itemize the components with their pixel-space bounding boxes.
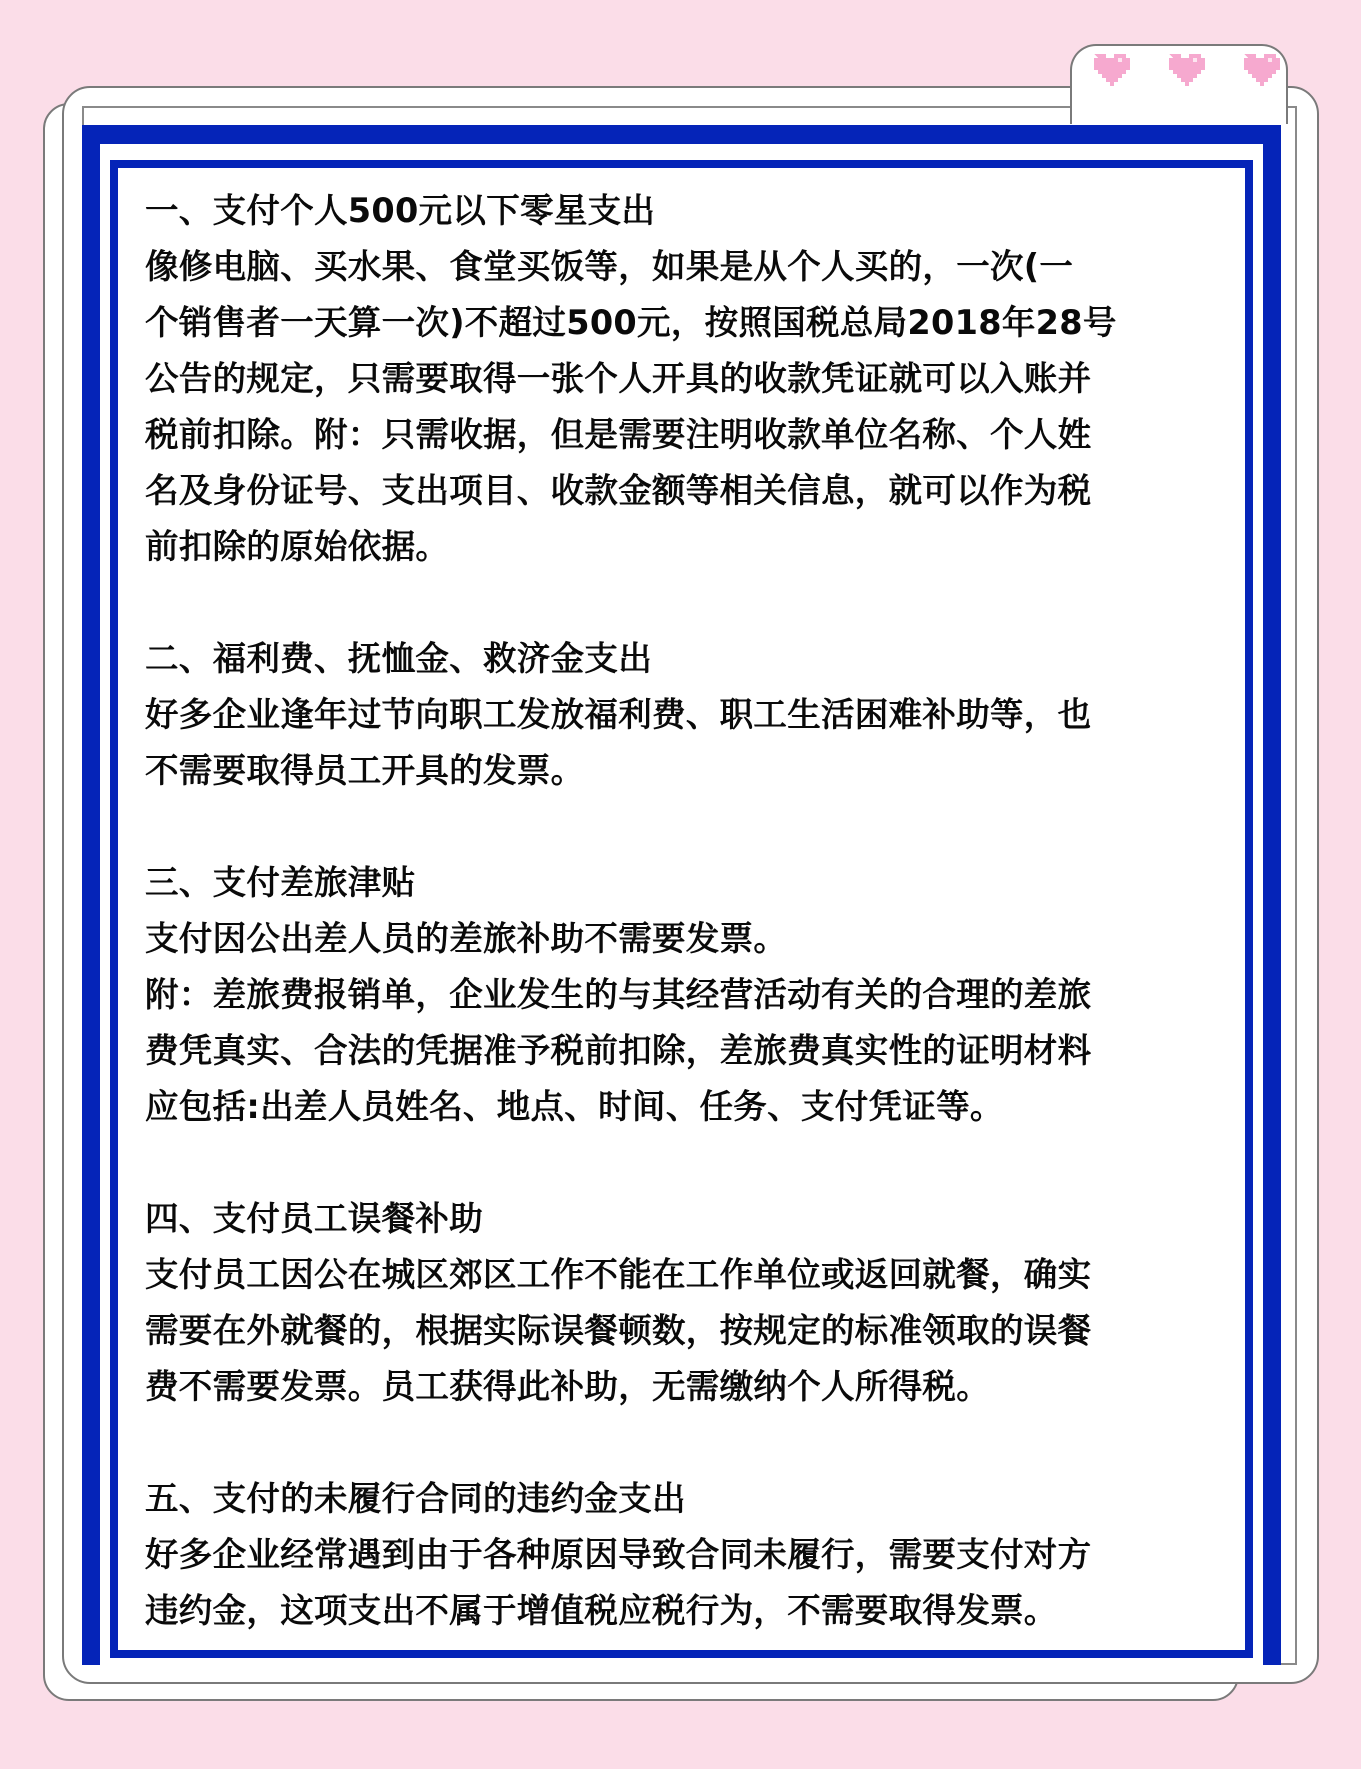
section-3: 三、支付差旅津贴 支付因公出差人员的差旅补助不需要发票。 附：差旅费报销单，企业… xyxy=(145,855,1235,1135)
heart-icon xyxy=(1090,50,1130,86)
section-line: 费不需要发票。员工获得此补助，无需缴纳个人所得税。 xyxy=(145,1359,1235,1415)
section-title: 三、支付差旅津贴 xyxy=(145,855,1235,911)
section-title: 五、支付的未履行合同的违约金支出 xyxy=(145,1471,1235,1527)
section-line: 违约金，这项支出不属于增值税应税行为，不需要取得发票。 xyxy=(145,1583,1235,1639)
heart-icon xyxy=(1240,50,1280,86)
section-line: 支付员工因公在城区郊区工作不能在工作单位或返回就餐，确实 xyxy=(145,1247,1235,1303)
heart-icon xyxy=(1165,50,1205,86)
section-line: 不需要取得员工开具的发票。 xyxy=(145,743,1235,799)
section-line: 支付因公出差人员的差旅补助不需要发票。 xyxy=(145,911,1235,967)
section-line: 费凭真实、合法的凭据准予税前扣除，差旅费真实性的证明材料 xyxy=(145,1023,1235,1079)
section-5: 五、支付的未履行合同的违约金支出 好多企业经常遇到由于各种原因导致合同未履行，需… xyxy=(145,1471,1235,1639)
section-line: 名及身份证号、支出项目、收款金额等相关信息，就可以作为税 xyxy=(145,463,1235,519)
section-line: 好多企业逢年过节向职工发放福利费、职工生活困难补助等，也 xyxy=(145,687,1235,743)
section-line: 公告的规定，只需要取得一张个人开具的收款凭证就可以入账并 xyxy=(145,351,1235,407)
section-line: 好多企业经常遇到由于各种原因导致合同未履行，需要支付对方 xyxy=(145,1527,1235,1583)
section-title: 二、福利费、抚恤金、救济金支出 xyxy=(145,631,1235,687)
section-1: 一、支付个人500元以下零星支出 像修电脑、买水果、食堂买饭等，如果是从个人买的… xyxy=(145,183,1235,575)
section-line: 个销售者一天算一次)不超过500元，按照国税总局2018年28号 xyxy=(145,295,1235,351)
section-line: 像修电脑、买水果、食堂买饭等，如果是从个人买的，一次(一 xyxy=(145,239,1235,295)
section-line: 税前扣除。附：只需收据，但是需要注明收款单位名称、个人姓 xyxy=(145,407,1235,463)
section-line: 附：差旅费报销单，企业发生的与其经营活动有关的合理的差旅 xyxy=(145,967,1235,1023)
document-content: 一、支付个人500元以下零星支出 像修电脑、买水果、食堂买饭等，如果是从个人买的… xyxy=(145,183,1235,1695)
section-line: 前扣除的原始依据。 xyxy=(145,519,1235,575)
section-title: 四、支付员工误餐补助 xyxy=(145,1191,1235,1247)
hearts-row xyxy=(1090,50,1280,90)
section-line: 需要在外就餐的，根据实际误餐顿数，按规定的标准领取的误餐 xyxy=(145,1303,1235,1359)
section-4: 四、支付员工误餐补助 支付员工因公在城区郊区工作不能在工作单位或返回就餐，确实 … xyxy=(145,1191,1235,1415)
section-line: 应包括:出差人员姓名、地点、时间、任务、支付凭证等。 xyxy=(145,1079,1235,1135)
section-title: 一、支付个人500元以下零星支出 xyxy=(145,183,1235,239)
section-2: 二、福利费、抚恤金、救济金支出 好多企业逢年过节向职工发放福利费、职工生活困难补… xyxy=(145,631,1235,799)
